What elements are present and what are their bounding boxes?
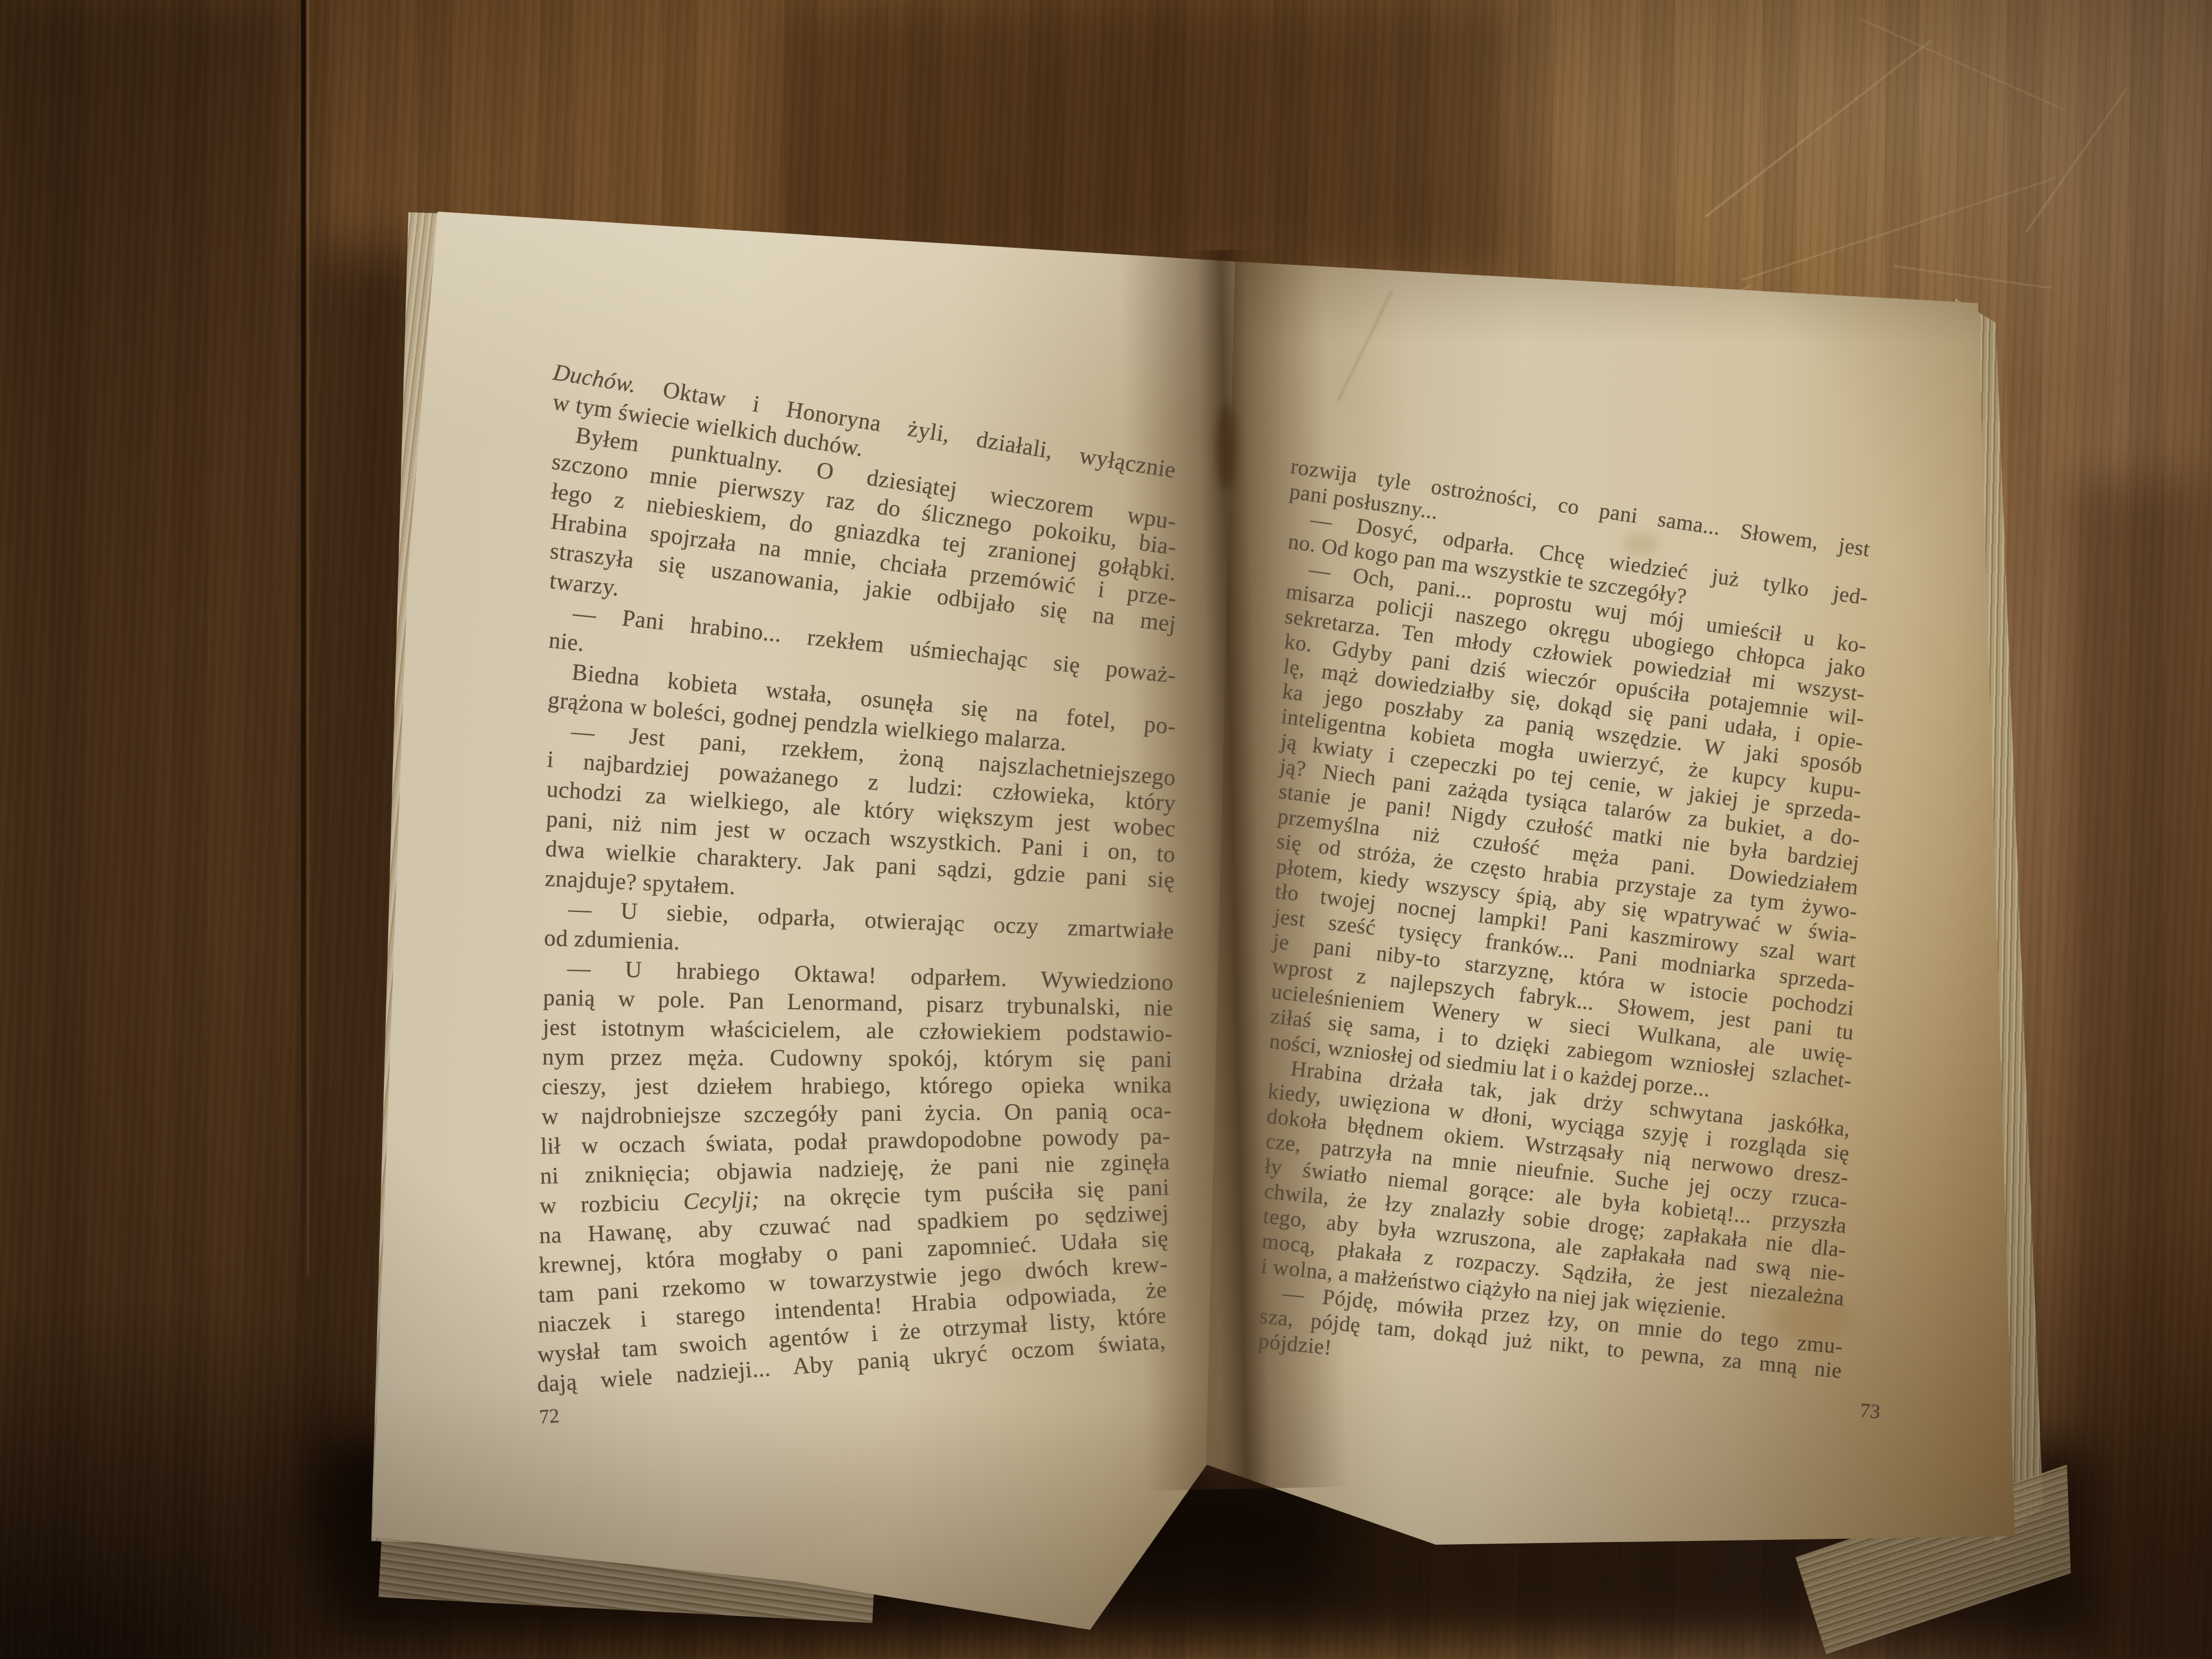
- page-number-right: 73: [1859, 1398, 1881, 1423]
- wood-dark-left: [0, 0, 298, 1659]
- gutter-ink-blotch: [1217, 404, 1236, 489]
- photo-open-book-on-table: Duchów. Oktaw i Honoryna żyli, działali,…: [0, 0, 2212, 1659]
- page-number-left: 72: [539, 1404, 560, 1429]
